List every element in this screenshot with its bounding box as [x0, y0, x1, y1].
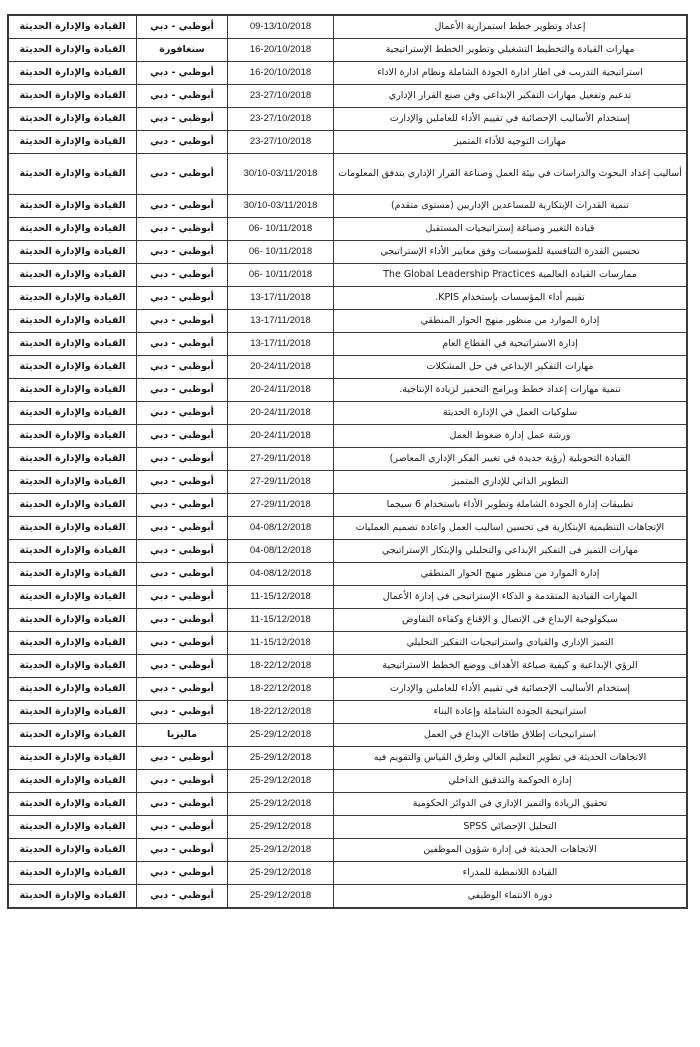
course-title-cell: تحقيق الريادة والتميز الإداري في الدوائر… [334, 793, 688, 816]
location-cell: أبوظبي - دبي [137, 632, 228, 655]
date-cell: 23-27/10/2018 [228, 131, 334, 154]
table-row: القيادة والإدارة الحديثةأبوظبي - دبي20-2… [8, 402, 687, 425]
department-cell: القيادة والإدارة الحديثة [8, 701, 137, 724]
location-cell: أبوظبي - دبي [137, 517, 228, 540]
course-title-cell: إدارة الحوكمة والتدقيق الداخلي [334, 770, 688, 793]
course-title-cell: تنمية القدرات الإبتكارية للمساعدين الإدا… [334, 195, 688, 218]
course-title-cell: ممارسات القيادة العالمية The Global Lead… [334, 264, 688, 287]
date-cell: 20-24/11/2018 [228, 356, 334, 379]
course-title-cell: دورة الانتماء الوظيفي [334, 885, 688, 909]
department-cell: القيادة والإدارة الحديثة [8, 15, 137, 39]
table-row: القيادة والإدارة الحديثةأبوظبي - دبي18-2… [8, 655, 687, 678]
course-title-cell: قيادة التغيير وصياغة إستراتيجيات المستقب… [334, 218, 688, 241]
location-cell: أبوظبي - دبي [137, 609, 228, 632]
course-title-cell: استراتيجية التدريب فى اطار ادارة الجودة … [334, 62, 688, 85]
department-cell: القيادة والإدارة الحديثة [8, 586, 137, 609]
location-cell: أبوظبي - دبي [137, 85, 228, 108]
date-cell: 27-29/11/2018 [228, 448, 334, 471]
location-cell: أبوظبي - دبي [137, 655, 228, 678]
location-cell: أبوظبي - دبي [137, 264, 228, 287]
table-row: القيادة والإدارة الحديثةأبوظبي - دبي25-2… [8, 747, 687, 770]
course-title-cell: إستخدام الأساليب الإحصائية في تقييم الأد… [334, 108, 688, 131]
table-row: القيادة والإدارة الحديثةأبوظبي - دبي13-1… [8, 310, 687, 333]
course-title-cell: الاتجاهات الحديثة في إدارة شؤون الموظفين [334, 839, 688, 862]
department-cell: القيادة والإدارة الحديثة [8, 39, 137, 62]
table-row: القيادة والإدارة الحديثةأبوظبي - دبي11-1… [8, 609, 687, 632]
department-cell: القيادة والإدارة الحديثة [8, 425, 137, 448]
table-row: القيادة والإدارة الحديثةأبوظبي - دبي25-2… [8, 839, 687, 862]
department-cell: القيادة والإدارة الحديثة [8, 862, 137, 885]
date-cell: 04-08/12/2018 [228, 563, 334, 586]
table-row: القيادة والإدارة الحديثةأبوظبي - دبي25-2… [8, 816, 687, 839]
course-title-cell: سيكولوجية الإبداع فى الإتصال و الإقناع و… [334, 609, 688, 632]
location-cell: أبوظبي - دبي [137, 862, 228, 885]
table-row: القيادة والإدارة الحديثةأبوظبي - دبي18-2… [8, 678, 687, 701]
table-row: القيادة والإدارة الحديثةأبوظبي - دبي06- … [8, 241, 687, 264]
schedule-body: القيادة والإدارة الحديثةأبوظبي - دبي09-1… [8, 15, 687, 908]
department-cell: القيادة والإدارة الحديثة [8, 195, 137, 218]
course-title-cell: مهارات التميز فى التفكير الإبداعي والتحل… [334, 540, 688, 563]
date-cell: 20-24/11/2018 [228, 379, 334, 402]
department-cell: القيادة والإدارة الحديثة [8, 770, 137, 793]
table-row: القيادة والإدارة الحديثةأبوظبي - دبي04-0… [8, 517, 687, 540]
course-title-cell: المهارات القيادية المتقدمة و الذكاء الإس… [334, 586, 688, 609]
department-cell: القيادة والإدارة الحديثة [8, 609, 137, 632]
course-title-cell: الرؤي الإبداعية و كيفية صياغة الأهداف وو… [334, 655, 688, 678]
date-cell: 18-22/12/2018 [228, 678, 334, 701]
department-cell: القيادة والإدارة الحديثة [8, 131, 137, 154]
course-title-cell: القيادة التحويلية (رؤية جديدة في تغيير ا… [334, 448, 688, 471]
department-cell: القيادة والإدارة الحديثة [8, 448, 137, 471]
course-title-cell: التميز الإداري والقيادي واستراتيجيات الت… [334, 632, 688, 655]
department-cell: القيادة والإدارة الحديثة [8, 885, 137, 909]
table-row: القيادة والإدارة الحديثةأبوظبي - دبي25-2… [8, 885, 687, 909]
department-cell: القيادة والإدارة الحديثة [8, 632, 137, 655]
table-row: القيادة والإدارة الحديثةأبوظبي - دبي06- … [8, 264, 687, 287]
location-cell: أبوظبي - دبي [137, 816, 228, 839]
date-cell: 20-24/11/2018 [228, 402, 334, 425]
location-cell: أبوظبي - دبي [137, 154, 228, 195]
location-cell: أبوظبي - دبي [137, 287, 228, 310]
department-cell: القيادة والإدارة الحديثة [8, 85, 137, 108]
table-row: القيادة والإدارة الحديثةأبوظبي - دبي13-1… [8, 333, 687, 356]
department-cell: القيادة والإدارة الحديثة [8, 154, 137, 195]
location-cell: سنغافورة [137, 39, 228, 62]
location-cell: أبوظبي - دبي [137, 131, 228, 154]
course-title-cell: تنمية مهارات إعداد خطط وبرامج التحفيز لز… [334, 379, 688, 402]
table-row: القيادة والإدارة الحديثةأبوظبي - دبي20-2… [8, 356, 687, 379]
location-cell: أبوظبي - دبي [137, 701, 228, 724]
location-cell: أبوظبي - دبي [137, 195, 228, 218]
table-row: القيادة والإدارة الحديثةأبوظبي - دبي23-2… [8, 85, 687, 108]
department-cell: القيادة والإدارة الحديثة [8, 379, 137, 402]
department-cell: القيادة والإدارة الحديثة [8, 816, 137, 839]
date-cell: 25-29/12/2018 [228, 793, 334, 816]
table-row: القيادة والإدارة الحديثةأبوظبي - دبي06- … [8, 218, 687, 241]
location-cell: أبوظبي - دبي [137, 218, 228, 241]
location-cell: أبوظبي - دبي [137, 402, 228, 425]
date-cell: 11-15/12/2018 [228, 632, 334, 655]
department-cell: القيادة والإدارة الحديثة [8, 793, 137, 816]
table-row: القيادة والإدارة الحديثةأبوظبي - دبي11-1… [8, 586, 687, 609]
table-row: القيادة والإدارة الحديثةأبوظبي - دبي23-2… [8, 108, 687, 131]
date-cell: 25-29/12/2018 [228, 885, 334, 909]
department-cell: القيادة والإدارة الحديثة [8, 241, 137, 264]
location-cell: أبوظبي - دبي [137, 62, 228, 85]
table-row: القيادة والإدارة الحديثةأبوظبي - دبي30/1… [8, 195, 687, 218]
department-cell: القيادة والإدارة الحديثة [8, 402, 137, 425]
department-cell: القيادة والإدارة الحديثة [8, 747, 137, 770]
course-title-cell: أساليب إعداد البحوث والدراسات في بيئة ال… [334, 154, 688, 195]
date-cell: 09-13/10/2018 [228, 15, 334, 39]
date-cell: 04-08/12/2018 [228, 540, 334, 563]
date-cell: 11-15/12/2018 [228, 609, 334, 632]
department-cell: القيادة والإدارة الحديثة [8, 540, 137, 563]
location-cell: أبوظبي - دبي [137, 839, 228, 862]
course-title-cell: إدارة الاستراتيجية في القطاع العام [334, 333, 688, 356]
department-cell: القيادة والإدارة الحديثة [8, 471, 137, 494]
location-cell: ماليزيا [137, 724, 228, 747]
table-row: القيادة والإدارة الحديثةأبوظبي - دبي04-0… [8, 540, 687, 563]
course-title-cell: ورشة عمل إدارة ضغوط العمل [334, 425, 688, 448]
table-row: القيادة والإدارة الحديثةأبوظبي - دبي20-2… [8, 379, 687, 402]
course-title-cell: إدارة الموارد من منظور منهج الحوار المنط… [334, 310, 688, 333]
course-title-cell: مهارات التفكير الإبداعي في حل المشكلات [334, 356, 688, 379]
table-row: القيادة والإدارة الحديثةأبوظبي - دبي25-2… [8, 862, 687, 885]
date-cell: 25-29/12/2018 [228, 747, 334, 770]
course-title-cell: تطبيقات إدارة الجودة الشاملة وتطوير الأد… [334, 494, 688, 517]
location-cell: أبوظبي - دبي [137, 379, 228, 402]
course-title-cell: تدعيم وتفعيل مهارات التفكير الإبداعي وفن… [334, 85, 688, 108]
location-cell: أبوظبي - دبي [137, 333, 228, 356]
location-cell: أبوظبي - دبي [137, 747, 228, 770]
course-title-cell: تقييم أداء المؤسسات بإستخدام KPIS. [334, 287, 688, 310]
department-cell: القيادة والإدارة الحديثة [8, 839, 137, 862]
location-cell: أبوظبي - دبي [137, 678, 228, 701]
department-cell: القيادة والإدارة الحديثة [8, 494, 137, 517]
course-title-cell: سلوكيات العمل في الإدارة الحديثة [334, 402, 688, 425]
course-title-cell: إعداد وتطوير خطط استمرارية الأعمال [334, 15, 688, 39]
location-cell: أبوظبي - دبي [137, 310, 228, 333]
date-cell: 04-08/12/2018 [228, 517, 334, 540]
date-cell: 25-29/12/2018 [228, 839, 334, 862]
date-cell: 20-24/11/2018 [228, 425, 334, 448]
location-cell: أبوظبي - دبي [137, 356, 228, 379]
department-cell: القيادة والإدارة الحديثة [8, 563, 137, 586]
date-cell: 13-17/11/2018 [228, 310, 334, 333]
course-title-cell: تحسين القدرة التنافسية للمؤسسات وفق معاي… [334, 241, 688, 264]
course-title-cell: استراتيجية الجودة الشاملة وإعادة البناء [334, 701, 688, 724]
location-cell: أبوظبي - دبي [137, 241, 228, 264]
course-title-cell: استراتيجيات إطلاق طاقات الإبداع في العمل [334, 724, 688, 747]
location-cell: أبوظبي - دبي [137, 15, 228, 39]
course-title-cell: القيادة اللانمطية للمدراء [334, 862, 688, 885]
location-cell: أبوظبي - دبي [137, 471, 228, 494]
course-title-cell: إستخدام الأساليب الإحصائية في تقييم الأد… [334, 678, 688, 701]
table-row: القيادة والإدارة الحديثةأبوظبي - دبي25-2… [8, 770, 687, 793]
department-cell: القيادة والإدارة الحديثة [8, 218, 137, 241]
location-cell: أبوظبي - دبي [137, 793, 228, 816]
table-row: القيادة والإدارة الحديثةأبوظبي - دبي04-0… [8, 563, 687, 586]
table-row: القيادة والإدارة الحديثةأبوظبي - دبي16-2… [8, 62, 687, 85]
table-row: القيادة والإدارة الحديثةأبوظبي - دبي11-1… [8, 632, 687, 655]
table-row: القيادة والإدارة الحديثةأبوظبي - دبي25-2… [8, 793, 687, 816]
department-cell: القيادة والإدارة الحديثة [8, 108, 137, 131]
course-title-cell: مهارات التوجيه للأداء المتميز [334, 131, 688, 154]
date-cell: 23-27/10/2018 [228, 85, 334, 108]
date-cell: 11-15/12/2018 [228, 586, 334, 609]
date-cell: 18-22/12/2018 [228, 655, 334, 678]
date-cell: 06- 10/11/2018 [228, 218, 334, 241]
department-cell: القيادة والإدارة الحديثة [8, 333, 137, 356]
location-cell: أبوظبي - دبي [137, 770, 228, 793]
date-cell: 16-20/10/2018 [228, 39, 334, 62]
table-row: القيادة والإدارة الحديثةأبوظبي - دبي09-1… [8, 15, 687, 39]
date-cell: 30/10-03/11/2018 [228, 195, 334, 218]
department-cell: القيادة والإدارة الحديثة [8, 62, 137, 85]
location-cell: أبوظبي - دبي [137, 586, 228, 609]
location-cell: أبوظبي - دبي [137, 885, 228, 909]
department-cell: القيادة والإدارة الحديثة [8, 678, 137, 701]
date-cell: 06- 10/11/2018 [228, 264, 334, 287]
department-cell: القيادة والإدارة الحديثة [8, 310, 137, 333]
course-title-cell: الإتجاهات التنظيمية الإبتكارية فى تحسين … [334, 517, 688, 540]
date-cell: 16-20/10/2018 [228, 62, 334, 85]
date-cell: 25-29/12/2018 [228, 724, 334, 747]
department-cell: القيادة والإدارة الحديثة [8, 517, 137, 540]
department-cell: القيادة والإدارة الحديثة [8, 724, 137, 747]
table-row: القيادة والإدارة الحديثةماليزيا25-29/12/… [8, 724, 687, 747]
department-cell: القيادة والإدارة الحديثة [8, 655, 137, 678]
department-cell: القيادة والإدارة الحديثة [8, 356, 137, 379]
department-cell: القيادة والإدارة الحديثة [8, 264, 137, 287]
course-title-cell: التطوير الذاتي للإداري المتميز [334, 471, 688, 494]
table-row: القيادة والإدارة الحديثةأبوظبي - دبي30/1… [8, 154, 687, 195]
course-schedule-sheet: القيادة والإدارة الحديثةأبوظبي - دبي09-1… [7, 14, 688, 909]
table-row: القيادة والإدارة الحديثةأبوظبي - دبي23-2… [8, 131, 687, 154]
location-cell: أبوظبي - دبي [137, 425, 228, 448]
date-cell: 30/10-03/11/2018 [228, 154, 334, 195]
table-row: القيادة والإدارة الحديثةأبوظبي - دبي13-1… [8, 287, 687, 310]
date-cell: 06- 10/11/2018 [228, 241, 334, 264]
table-row: القيادة والإدارة الحديثةأبوظبي - دبي27-2… [8, 494, 687, 517]
date-cell: 25-29/12/2018 [228, 862, 334, 885]
course-schedule-table: القيادة والإدارة الحديثةأبوظبي - دبي09-1… [7, 14, 688, 909]
date-cell: 27-29/11/2018 [228, 471, 334, 494]
table-row: القيادة والإدارة الحديثةسنغافورة16-20/10… [8, 39, 687, 62]
date-cell: 25-29/12/2018 [228, 770, 334, 793]
department-cell: القيادة والإدارة الحديثة [8, 287, 137, 310]
location-cell: أبوظبي - دبي [137, 108, 228, 131]
date-cell: 13-17/11/2018 [228, 333, 334, 356]
location-cell: أبوظبي - دبي [137, 494, 228, 517]
location-cell: أبوظبي - دبي [137, 540, 228, 563]
course-title-cell: إدارة الموارد من منظور منهج الحوار المنط… [334, 563, 688, 586]
course-title-cell: الاتجاهات الحديثة في تطوير التعليم العال… [334, 747, 688, 770]
table-row: القيادة والإدارة الحديثةأبوظبي - دبي20-2… [8, 425, 687, 448]
table-row: القيادة والإدارة الحديثةأبوظبي - دبي27-2… [8, 448, 687, 471]
date-cell: 27-29/11/2018 [228, 494, 334, 517]
date-cell: 23-27/10/2018 [228, 108, 334, 131]
course-title-cell: مهارات القيادة والتخطيط التشغيلي وتطوير … [334, 39, 688, 62]
course-title-cell: التحليل الإحصائي SPSS [334, 816, 688, 839]
date-cell: 13-17/11/2018 [228, 287, 334, 310]
table-row: القيادة والإدارة الحديثةأبوظبي - دبي18-2… [8, 701, 687, 724]
location-cell: أبوظبي - دبي [137, 563, 228, 586]
table-row: القيادة والإدارة الحديثةأبوظبي - دبي27-2… [8, 471, 687, 494]
location-cell: أبوظبي - دبي [137, 448, 228, 471]
date-cell: 18-22/12/2018 [228, 701, 334, 724]
date-cell: 25-29/12/2018 [228, 816, 334, 839]
